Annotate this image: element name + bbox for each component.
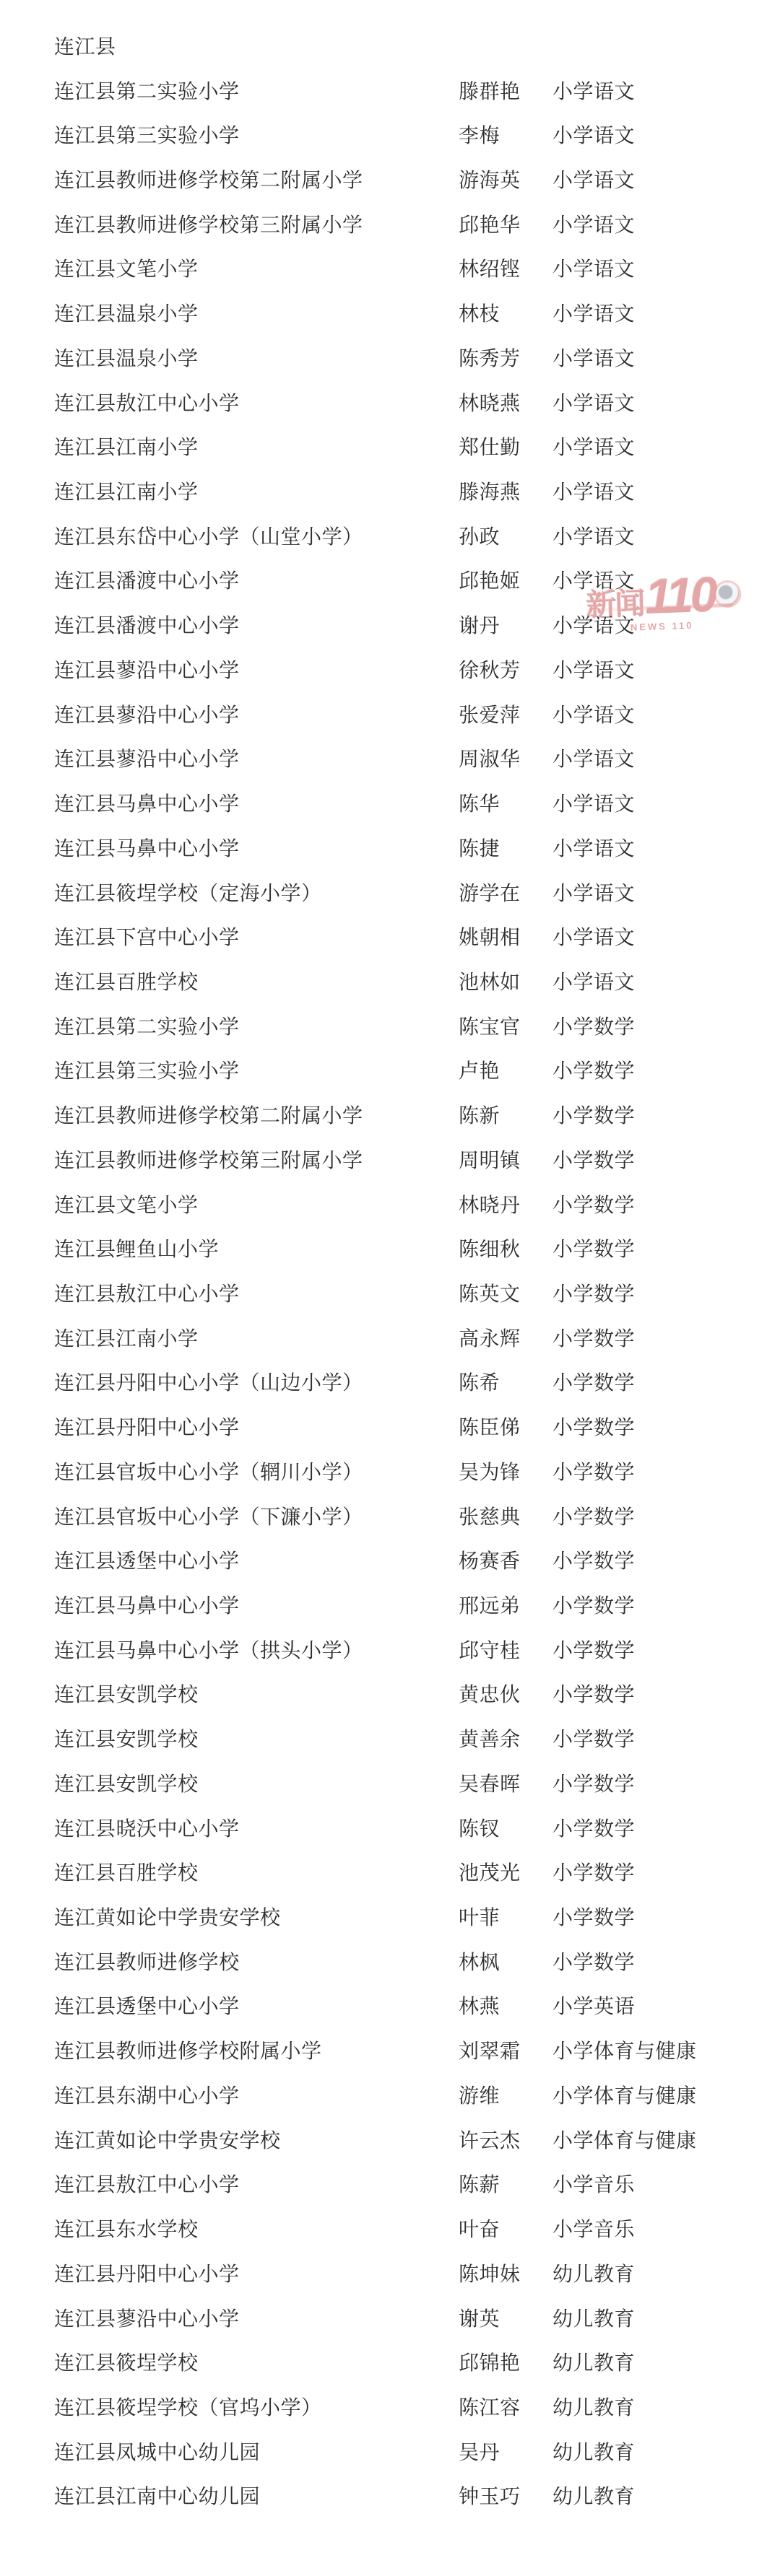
teacher-name-cell: 孙政 (459, 521, 500, 550)
school-cell: 连江黄如论中学贵安学校 (54, 2125, 281, 2154)
subject-cell: 幼儿教育 (552, 2258, 635, 2287)
subject-cell: 小学数学 (552, 1412, 635, 1441)
school-cell: 连江县蓼沿中心小学 (54, 699, 240, 728)
table-row: 连江县教师进修学校第三附属小学周明镇小学数学 (0, 1137, 780, 1182)
subject-cell: 幼儿教育 (552, 2303, 635, 2332)
school-cell: 连江县第三实验小学 (54, 1055, 240, 1084)
subject-cell: 小学语文 (552, 253, 635, 282)
subject-cell: 小学语文 (552, 165, 635, 193)
school-cell: 连江县文笔小学 (54, 253, 199, 282)
table-row: 连江县温泉小学林枝小学语文 (0, 290, 780, 335)
school-cell: 连江县下宫中心小学 (54, 922, 240, 951)
table-row: 连江县东湖中心小学游维小学体育与健康 (0, 2072, 780, 2117)
school-cell: 连江县江南小学 (54, 476, 199, 505)
teacher-name-cell: 张慈典 (459, 1501, 521, 1530)
subject-cell: 小学语文 (552, 209, 635, 238)
teacher-name-cell: 陈江容 (459, 2392, 521, 2421)
school-cell: 连江县教师进修学校第二附属小学 (54, 165, 363, 193)
school-cell: 连江县丹阳中心小学 (54, 2258, 240, 2287)
table-row: 连江县江南小学滕海燕小学语文 (0, 468, 780, 513)
document-page: 连江县 连江县第二实验小学滕群艳小学语文连江县第三实验小学李梅小学语文连江县教师… (0, 0, 780, 2576)
school-cell: 连江县第二实验小学 (54, 1011, 240, 1040)
table-row: 连江黄如论中学贵安学校许云杰小学体育与健康 (0, 2117, 780, 2162)
subject-cell: 幼儿教育 (552, 2481, 635, 2510)
table-row: 连江县蓼沿中心小学周淑华小学语文 (0, 736, 780, 781)
school-cell: 连江县马鼻中心小学 (54, 833, 240, 862)
school-cell: 连江县马鼻中心小学 (54, 1590, 240, 1619)
teacher-name-cell: 陈华 (459, 788, 500, 817)
teacher-name-cell: 谢丹 (459, 610, 500, 639)
table-row: 连江县敖江中心小学林晓燕小学语文 (0, 380, 780, 424)
teacher-name-cell: 林晓燕 (459, 388, 521, 416)
teacher-name-cell: 吴丹 (459, 2437, 500, 2466)
table-row: 连江县百胜学校池林如小学语文 (0, 959, 780, 1003)
subject-cell: 小学语文 (552, 120, 635, 149)
school-cell: 连江县透堡中心小学 (54, 1991, 240, 2020)
subject-cell: 小学数学 (552, 1323, 635, 1352)
subject-cell: 小学体育与健康 (552, 2080, 697, 2109)
table-row: 连江县敖江中心小学陈薪小学音乐 (0, 2162, 780, 2206)
school-cell: 连江县安凯学校 (54, 1679, 199, 1708)
school-cell: 连江县百胜学校 (54, 966, 199, 995)
table-row: 连江县第二实验小学陈宝官小学数学 (0, 1003, 780, 1048)
subject-cell: 小学数学 (552, 1813, 635, 1842)
subject-cell: 小学数学 (552, 1768, 635, 1797)
table-row: 连江县教师进修学校第二附属小学游海英小学语文 (0, 157, 780, 201)
school-cell: 连江县温泉小学 (54, 343, 199, 372)
school-cell: 连江县江南小学 (54, 1323, 199, 1352)
subject-cell: 小学数学 (552, 1679, 635, 1708)
table-row: 连江县东水学校叶奋小学音乐 (0, 2206, 780, 2250)
school-cell: 连江县第二实验小学 (54, 76, 240, 105)
subject-cell: 小学音乐 (552, 2214, 635, 2243)
table-row: 连江县筱埕学校（官坞小学）陈江容幼儿教育 (0, 2384, 780, 2429)
teacher-table: 连江县第二实验小学滕群艳小学语文连江县第三实验小学李梅小学语文连江县教师进修学校… (0, 68, 780, 2518)
subject-cell: 小学数学 (552, 1011, 635, 1040)
subject-cell: 小学语文 (552, 655, 635, 684)
table-row: 连江县晓沃中心小学陈钗小学数学 (0, 1805, 780, 1850)
school-cell: 连江县东岱中心小学（山堂小学） (54, 521, 363, 550)
teacher-name-cell: 邱锦艳 (459, 2347, 521, 2376)
table-row: 连江县教师进修学校第三附属小学邱艳华小学语文 (0, 201, 780, 246)
teacher-name-cell: 黄善余 (459, 1724, 521, 1752)
teacher-name-cell: 林晓丹 (459, 1189, 521, 1218)
teacher-name-cell: 游学在 (459, 878, 521, 907)
teacher-name-cell: 陈钗 (459, 1813, 500, 1842)
subject-cell: 小学数学 (552, 1545, 635, 1574)
subject-cell: 小学数学 (552, 1055, 635, 1084)
teacher-name-cell: 陈新 (459, 1100, 500, 1129)
table-row: 连江县透堡中心小学杨赛香小学数学 (0, 1537, 780, 1582)
teacher-name-cell: 郑仕勤 (459, 432, 521, 460)
teacher-name-cell: 陈坤妹 (459, 2258, 521, 2287)
teacher-name-cell: 池茂光 (459, 1857, 521, 1886)
subject-cell: 小学语文 (552, 298, 635, 327)
table-row: 连江县凤城中心幼儿园吴丹幼儿教育 (0, 2429, 780, 2474)
school-cell: 连江县蓼沿中心小学 (54, 743, 240, 772)
teacher-name-cell: 池林如 (459, 966, 521, 995)
subject-cell: 小学数学 (552, 1947, 635, 1975)
teacher-name-cell: 林枝 (459, 298, 500, 327)
table-row: 连江县安凯学校黄善余小学数学 (0, 1716, 780, 1760)
subject-cell: 小学语文 (552, 610, 635, 639)
teacher-name-cell: 林燕 (459, 1991, 500, 2020)
subject-cell: 小学语文 (552, 833, 635, 862)
teacher-name-cell: 邱艳华 (459, 209, 521, 238)
subject-cell: 小学语文 (552, 343, 635, 372)
subject-cell: 小学数学 (552, 1367, 635, 1396)
teacher-name-cell: 陈臣俤 (459, 1412, 521, 1441)
school-cell: 连江县凤城中心幼儿园 (54, 2437, 260, 2466)
teacher-name-cell: 叶菲 (459, 1902, 500, 1931)
subject-cell: 小学语文 (552, 388, 635, 416)
teacher-name-cell: 邢远弟 (459, 1590, 521, 1619)
school-cell: 连江县鲤鱼山小学 (54, 1234, 219, 1262)
school-cell: 连江县温泉小学 (54, 298, 199, 327)
teacher-name-cell: 李梅 (459, 120, 500, 149)
teacher-name-cell: 滕海燕 (459, 476, 521, 505)
table-row: 连江县教师进修学校附属小学刘翠霜小学体育与健康 (0, 2027, 780, 2072)
school-cell: 连江县筱埕学校（官坞小学） (54, 2392, 322, 2421)
table-row: 连江县官坂中心小学（下濂小学）张慈典小学数学 (0, 1493, 780, 1538)
table-row: 连江县江南小学郑仕勤小学语文 (0, 424, 780, 468)
subject-cell: 小学数学 (552, 1724, 635, 1752)
subject-cell: 小学语文 (552, 743, 635, 772)
teacher-name-cell: 陈秀芳 (459, 343, 521, 372)
table-row: 连江黄如论中学贵安学校叶菲小学数学 (0, 1894, 780, 1939)
teacher-name-cell: 林枫 (459, 1947, 500, 1975)
teacher-name-cell: 陈捷 (459, 833, 500, 862)
teacher-name-cell: 吴为锋 (459, 1457, 521, 1485)
teacher-name-cell: 陈薪 (459, 2169, 500, 2198)
school-cell: 连江县敖江中心小学 (54, 1278, 240, 1307)
table-row: 连江县安凯学校吴春晖小学数学 (0, 1760, 780, 1805)
school-cell: 连江县马鼻中心小学（拱头小学） (54, 1635, 363, 1664)
school-cell: 连江县晓沃中心小学 (54, 1813, 240, 1842)
subject-cell: 小学数学 (552, 1590, 635, 1619)
school-cell: 连江县教师进修学校附属小学 (54, 2035, 322, 2064)
school-cell: 连江县教师进修学校 (54, 1947, 240, 1975)
school-cell: 连江县筱埕学校 (54, 2347, 199, 2376)
subject-cell: 小学数学 (552, 1234, 635, 1262)
school-cell: 连江县敖江中心小学 (54, 2169, 240, 2198)
school-cell: 连江县蓼沿中心小学 (54, 655, 240, 684)
teacher-name-cell: 邱守桂 (459, 1635, 521, 1664)
subject-cell: 小学语文 (552, 922, 635, 951)
school-cell: 连江县教师进修学校第二附属小学 (54, 1100, 363, 1129)
subject-cell: 小学语文 (552, 432, 635, 460)
teacher-name-cell: 高永辉 (459, 1323, 521, 1352)
school-cell: 连江县安凯学校 (54, 1724, 199, 1752)
table-row: 连江县透堡中心小学林燕小学英语 (0, 1983, 780, 2028)
school-cell: 连江县百胜学校 (54, 1857, 199, 1886)
table-row: 连江县江南中心幼儿园钟玉巧幼儿教育 (0, 2474, 780, 2518)
school-cell: 连江黄如论中学贵安学校 (54, 1902, 281, 1931)
school-cell: 连江县第三实验小学 (54, 120, 240, 149)
school-cell: 连江县东水学校 (54, 2214, 199, 2243)
table-row: 连江县蓼沿中心小学徐秋芳小学语文 (0, 647, 780, 691)
school-cell: 连江县敖江中心小学 (54, 388, 240, 416)
table-row: 连江县蓼沿中心小学张爱萍小学语文 (0, 691, 780, 736)
school-cell: 连江县教师进修学校第三附属小学 (54, 209, 363, 238)
subject-cell: 小学语文 (552, 966, 635, 995)
subject-cell: 小学数学 (552, 1278, 635, 1307)
table-row: 连江县安凯学校黄忠伙小学数学 (0, 1672, 780, 1716)
teacher-name-cell: 周明镇 (459, 1145, 521, 1174)
table-row: 连江县下宫中心小学姚朝相小学语文 (0, 914, 780, 959)
school-cell: 连江县丹阳中心小学（山边小学） (54, 1367, 363, 1396)
table-row: 连江县江南小学高永辉小学数学 (0, 1315, 780, 1360)
table-row: 连江县教师进修学校第二附属小学陈新小学数学 (0, 1092, 780, 1137)
teacher-name-cell: 钟玉巧 (459, 2481, 521, 2510)
teacher-name-cell: 卢艳 (459, 1055, 500, 1084)
table-row: 连江县文笔小学林晓丹小学数学 (0, 1182, 780, 1226)
table-row: 连江县马鼻中心小学（拱头小学）邱守桂小学数学 (0, 1627, 780, 1672)
subject-cell: 小学英语 (552, 1991, 635, 2020)
subject-cell: 小学数学 (552, 1902, 635, 1931)
county-title: 连江县 (54, 31, 116, 60)
school-cell: 连江县安凯学校 (54, 1768, 199, 1797)
subject-cell: 小学数学 (552, 1857, 635, 1886)
subject-cell: 小学体育与健康 (552, 2125, 697, 2154)
table-row: 连江县鲤鱼山小学陈细秋小学数学 (0, 1226, 780, 1270)
table-row: 连江县温泉小学陈秀芳小学语文 (0, 335, 780, 380)
subject-cell: 小学数学 (552, 1457, 635, 1485)
subject-cell: 小学语文 (552, 476, 635, 505)
table-row: 连江县潘渡中心小学谢丹小学语文 (0, 602, 780, 647)
table-row: 连江县第二实验小学滕群艳小学语文 (0, 68, 780, 113)
school-cell: 连江县丹阳中心小学 (54, 1412, 240, 1441)
teacher-name-cell: 张爱萍 (459, 699, 521, 728)
table-row: 连江县敖江中心小学陈英文小学数学 (0, 1270, 780, 1315)
school-cell: 连江县江南小学 (54, 432, 199, 460)
teacher-name-cell: 陈细秋 (459, 1234, 521, 1262)
school-cell: 连江县东湖中心小学 (54, 2080, 240, 2109)
subject-cell: 小学数学 (552, 1501, 635, 1530)
teacher-name-cell: 游维 (459, 2080, 500, 2109)
table-row: 连江县百胜学校池茂光小学数学 (0, 1849, 780, 1894)
subject-cell: 幼儿教育 (552, 2437, 635, 2466)
teacher-name-cell: 陈宝官 (459, 1011, 521, 1040)
school-cell: 连江县马鼻中心小学 (54, 788, 240, 817)
teacher-name-cell: 徐秋芳 (459, 655, 521, 684)
subject-cell: 小学语文 (552, 699, 635, 728)
school-cell: 连江县蓼沿中心小学 (54, 2303, 240, 2332)
subject-cell: 小学数学 (552, 1100, 635, 1129)
teacher-name-cell: 滕群艳 (459, 76, 521, 105)
subject-cell: 小学语文 (552, 76, 635, 105)
school-cell: 连江县官坂中心小学（辋川小学） (54, 1457, 363, 1485)
teacher-name-cell: 陈英文 (459, 1278, 521, 1307)
subject-cell: 小学语文 (552, 878, 635, 907)
table-row: 连江县第三实验小学李梅小学语文 (0, 112, 780, 157)
table-row: 连江县潘渡中心小学邱艳姬小学语文 (0, 558, 780, 603)
table-row: 连江县马鼻中心小学陈捷小学语文 (0, 825, 780, 870)
table-row: 连江县蓼沿中心小学谢英幼儿教育 (0, 2295, 780, 2340)
teacher-name-cell: 姚朝相 (459, 922, 521, 951)
subject-cell: 小学语文 (552, 788, 635, 817)
table-row: 连江县教师进修学校林枫小学数学 (0, 1939, 780, 1983)
subject-cell: 小学语文 (552, 521, 635, 550)
teacher-name-cell: 吴春晖 (459, 1768, 521, 1797)
school-cell: 连江县文笔小学 (54, 1189, 199, 1218)
table-row: 连江县官坂中心小学（辋川小学）吴为锋小学数学 (0, 1449, 780, 1493)
subject-cell: 幼儿教育 (552, 2347, 635, 2376)
table-row: 连江县马鼻中心小学陈华小学语文 (0, 780, 780, 825)
subject-cell: 小学体育与健康 (552, 2035, 697, 2064)
table-row: 连江县第三实验小学卢艳小学数学 (0, 1048, 780, 1093)
school-cell: 连江县江南中心幼儿园 (54, 2481, 260, 2510)
table-row: 连江县丹阳中心小学陈臣俤小学数学 (0, 1404, 780, 1449)
teacher-name-cell: 叶奋 (459, 2214, 500, 2243)
table-row: 连江县东岱中心小学（山堂小学）孙政小学语文 (0, 513, 780, 558)
teacher-name-cell: 游海英 (459, 165, 521, 193)
table-row: 连江县文笔小学林绍铿小学语文 (0, 246, 780, 291)
teacher-name-cell: 许云杰 (459, 2125, 521, 2154)
teacher-name-cell: 刘翠霜 (459, 2035, 521, 2064)
subject-cell: 小学数学 (552, 1635, 635, 1664)
teacher-name-cell: 陈希 (459, 1367, 500, 1396)
school-cell: 连江县潘渡中心小学 (54, 610, 240, 639)
teacher-name-cell: 黄忠伙 (459, 1679, 521, 1708)
table-row: 连江县丹阳中心小学（山边小学）陈希小学数学 (0, 1360, 780, 1405)
teacher-name-cell: 林绍铿 (459, 253, 521, 282)
county-header-row: 连江县 (0, 23, 780, 68)
teacher-name-cell: 周淑华 (459, 743, 521, 772)
table-row: 连江县马鼻中心小学邢远弟小学数学 (0, 1582, 780, 1627)
subject-cell: 幼儿教育 (552, 2392, 635, 2421)
subject-cell: 小学数学 (552, 1145, 635, 1174)
subject-cell: 小学音乐 (552, 2169, 635, 2198)
school-cell: 连江县官坂中心小学（下濂小学） (54, 1501, 363, 1530)
teacher-name-cell: 谢英 (459, 2303, 500, 2332)
school-cell: 连江县筱埕学校（定海小学） (54, 878, 322, 907)
subject-cell: 小学语文 (552, 565, 635, 594)
teacher-name-cell: 邱艳姬 (459, 565, 521, 594)
table-row: 连江县筱埕学校邱锦艳幼儿教育 (0, 2339, 780, 2384)
subject-cell: 小学数学 (552, 1189, 635, 1218)
teacher-name-cell: 杨赛香 (459, 1545, 521, 1574)
school-cell: 连江县教师进修学校第三附属小学 (54, 1145, 363, 1174)
table-row: 连江县筱埕学校（定海小学）游学在小学语文 (0, 870, 780, 914)
school-cell: 连江县潘渡中心小学 (54, 565, 240, 594)
school-cell: 连江县透堡中心小学 (54, 1545, 240, 1574)
table-row: 连江县丹阳中心小学陈坤妹幼儿教育 (0, 2250, 780, 2295)
